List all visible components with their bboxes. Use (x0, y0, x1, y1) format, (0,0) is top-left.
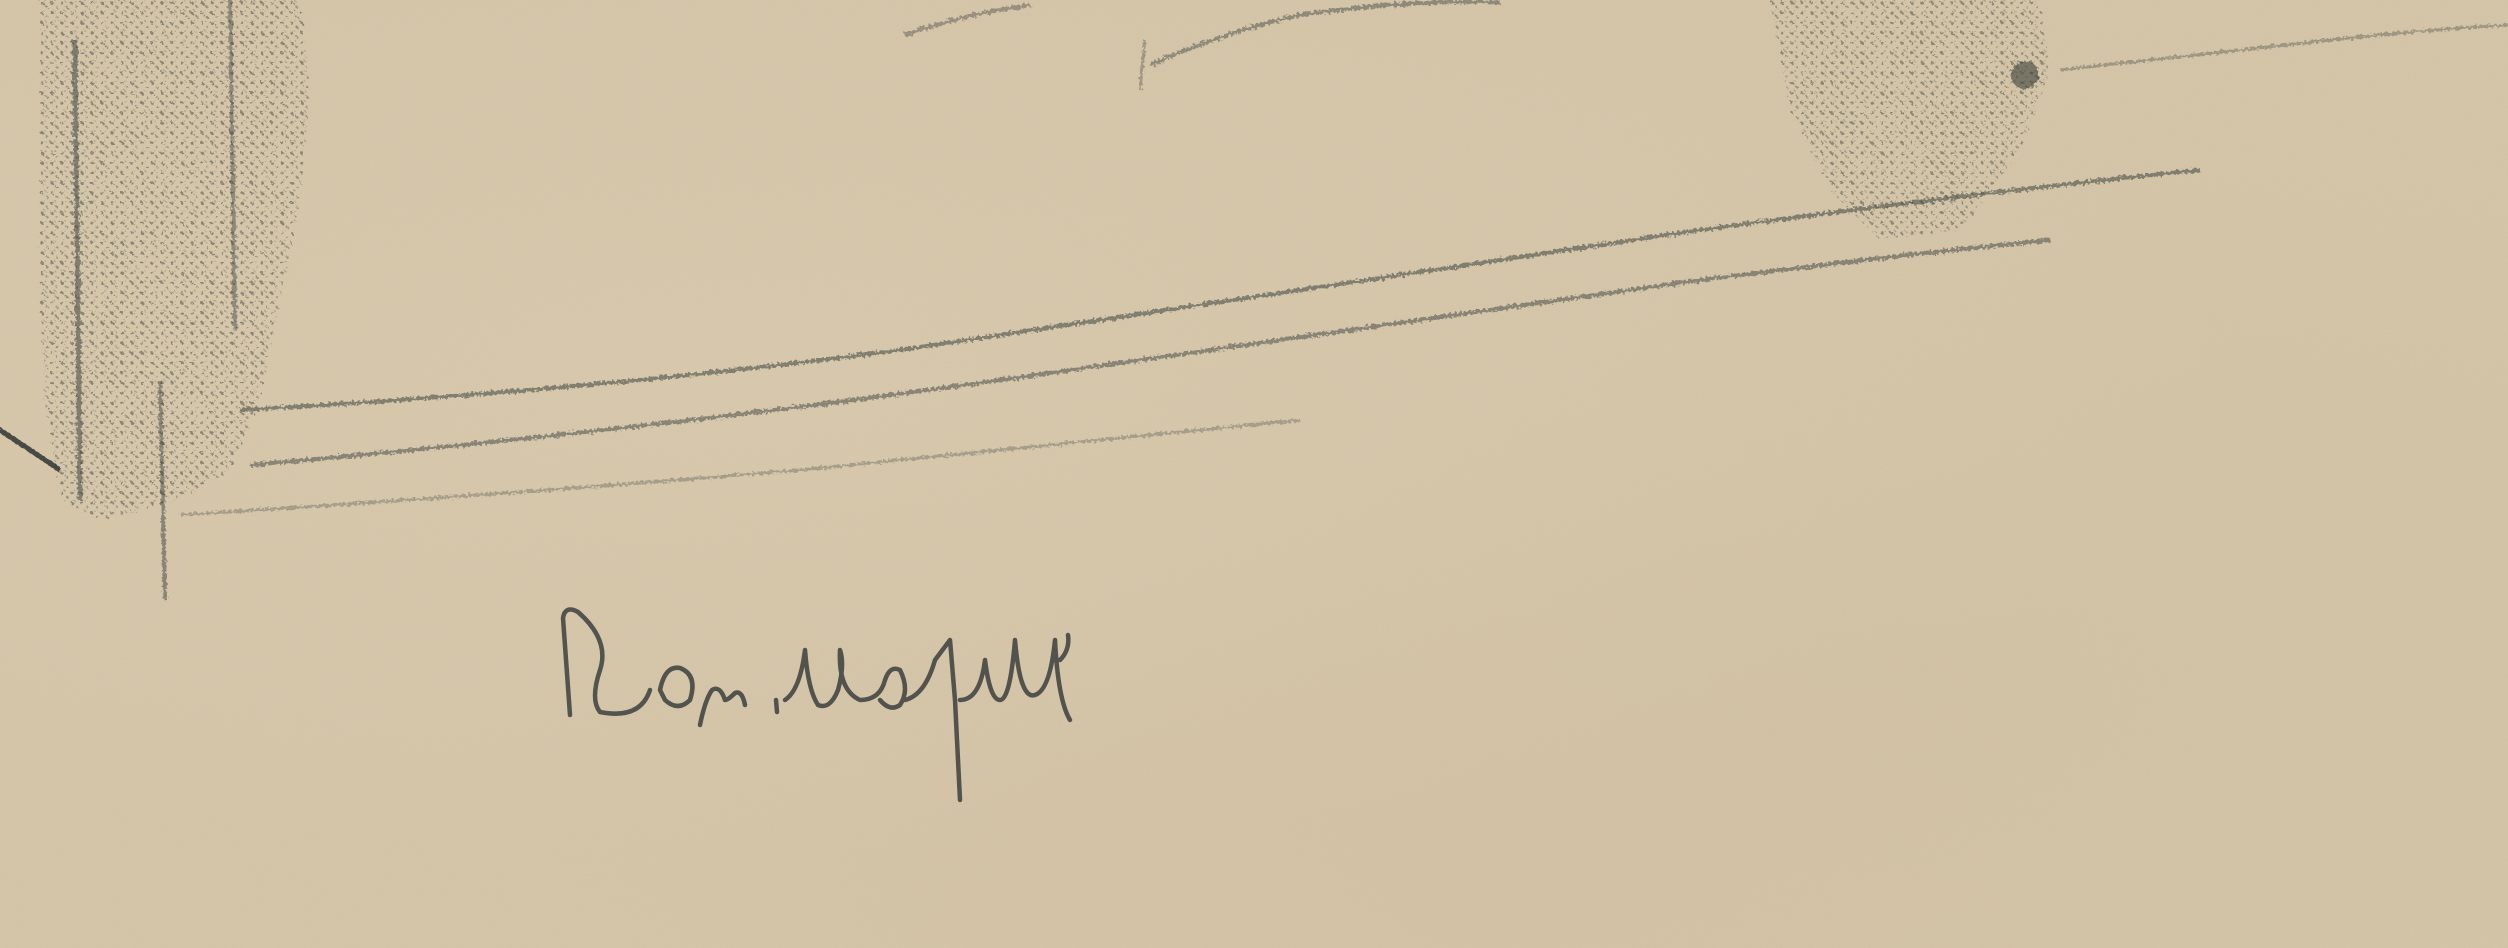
paper-texture (0, 0, 2508, 948)
paper-sheet: Ron. melfeik (0, 0, 2508, 948)
pencil-sketch (0, 0, 2508, 948)
